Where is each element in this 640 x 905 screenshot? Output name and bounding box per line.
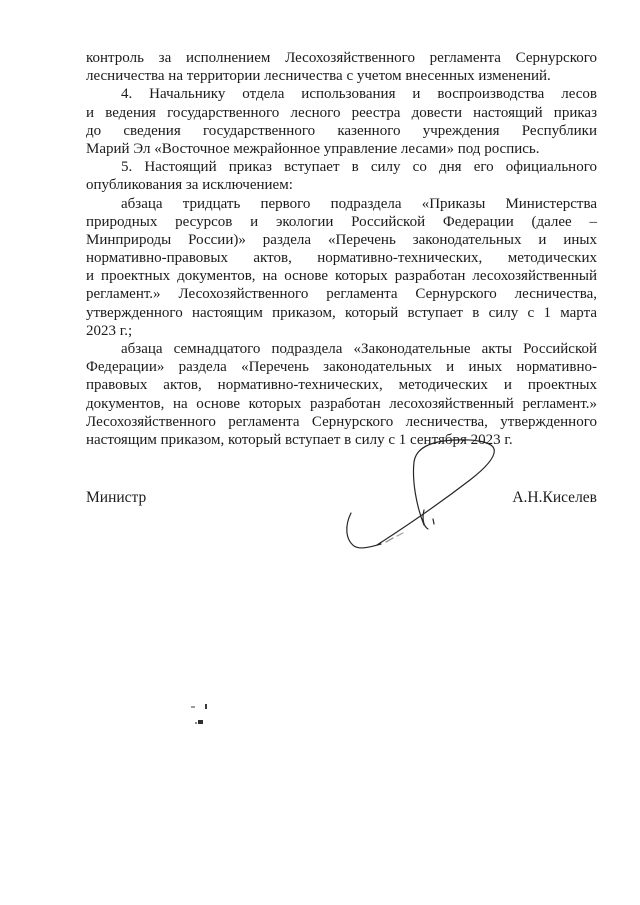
signatory-role: Министр	[86, 488, 146, 507]
scan-noise-dot	[191, 706, 195, 708]
text-line: 4. Начальнику отдела использования и вос…	[86, 85, 597, 103]
text-line: 2023 г.;	[86, 322, 597, 340]
text-line: опубликования за исключением:	[86, 176, 597, 194]
text-line: правовых актов, нормативно-технических, …	[86, 376, 597, 394]
text-line: Лесохозяйственного регламента Сернурског…	[86, 413, 597, 431]
text-line: природных ресурсов и экологии Российской…	[86, 213, 597, 231]
text-line: Марий Эл «Восточное межрайонное управлен…	[86, 140, 597, 158]
text-line: Минприроды России)» раздела «Перечень за…	[86, 231, 597, 249]
text-line: до сведения государственного казенного у…	[86, 122, 597, 140]
text-line: 5. Настоящий приказ вступает в силу со д…	[86, 158, 597, 176]
paragraph: 4. Начальнику отдела использования и вос…	[86, 85, 597, 158]
scan-noise-dot	[205, 704, 207, 709]
paragraph: абзаца тридцать первого подраздела «Прик…	[86, 195, 597, 341]
signatory-name: А.Н.Киселев	[512, 488, 597, 507]
text-line: документов, на основе которых разработан…	[86, 395, 597, 413]
text-line: лесничества на территории лесничества с …	[86, 67, 597, 85]
text-line: контроль за исполнением Лесохозяйственно…	[86, 49, 597, 67]
text-line: нормативно-правовых актов, нормативно-те…	[86, 249, 597, 267]
document-page: контроль за исполнением Лесохозяйственно…	[0, 0, 640, 905]
body-text: контроль за исполнением Лесохозяйственно…	[86, 49, 597, 449]
scan-noise-dot	[198, 720, 203, 724]
scan-noise-dot	[195, 722, 197, 724]
text-line: и проектных документов, на основе которы…	[86, 267, 597, 285]
signature-row: Министр А.Н.Киселев	[86, 488, 597, 507]
paragraph: контроль за исполнением Лесохозяйственно…	[86, 49, 597, 85]
text-line: абзаца семнадцатого подраздела «Законода…	[86, 340, 597, 358]
text-line: абзаца тридцать первого подраздела «Прик…	[86, 195, 597, 213]
text-line: и ведения государственного лесного реест…	[86, 104, 597, 122]
text-line: Федерации» раздела «Перечень законодател…	[86, 358, 597, 376]
text-line: утвержденного настоящим приказом, которы…	[86, 304, 597, 322]
text-line: регламент.» Лесохозяйственного регламент…	[86, 285, 597, 303]
paragraph: 5. Настоящий приказ вступает в силу со д…	[86, 158, 597, 194]
